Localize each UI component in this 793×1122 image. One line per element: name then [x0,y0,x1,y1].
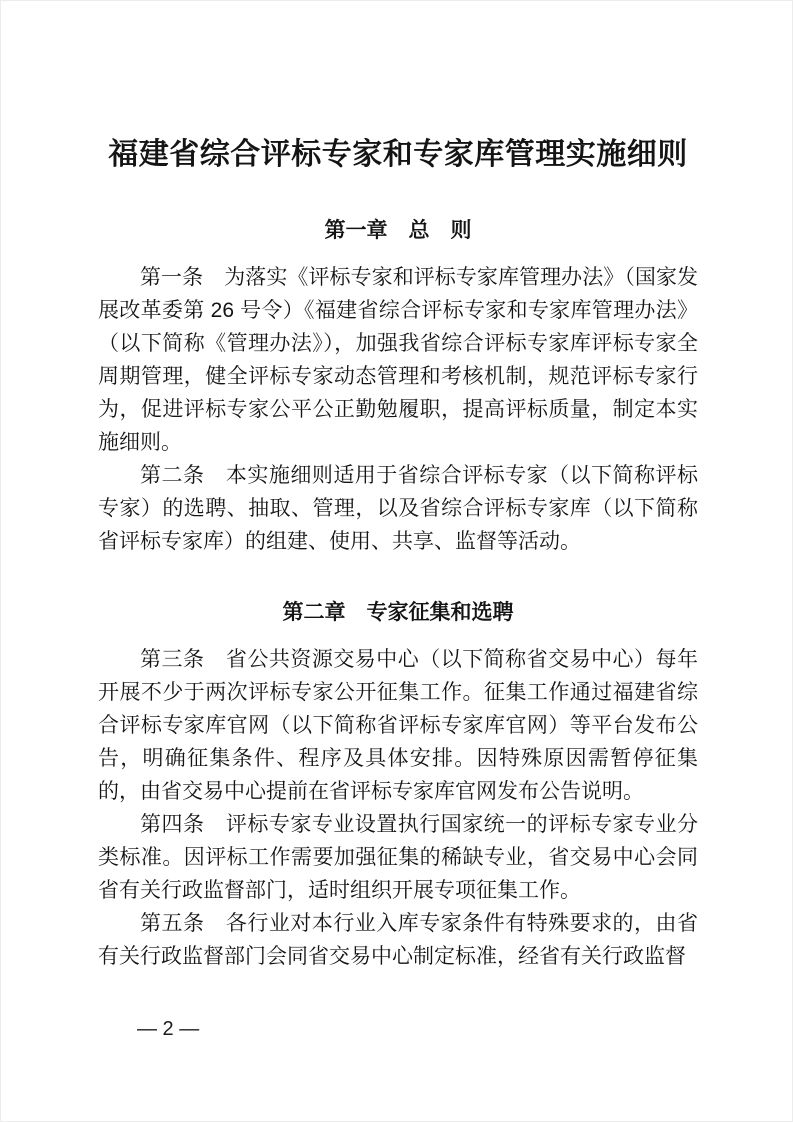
document-title: 福建省综合评标专家和专家库管理实施细则 [98,134,698,176]
article-paragraph-4: 第四条 评标专家专业设置执行国家统一的评标专家专业分类标准。因评标工作需要加强征… [98,808,698,907]
chapter-heading-2: 第二章 专家征集和选聘 [98,596,698,629]
chapter-heading-1: 第一章 总 则 [98,214,698,247]
article-paragraph-1: 第一条 为落实《评标专家和评标专家库管理办法》（国家发展改革委第 26 号令）《… [98,261,698,459]
document-page: 福建省综合评标专家和专家库管理实施细则 第一章 总 则 第一条 为落实《评标专家… [0,0,793,1122]
article-paragraph-2: 第二条 本实施细则适用于省综合评标专家（以下简称评标专家）的选聘、抽取、管理，以… [98,459,698,558]
article-paragraph-5: 第五条 各行业对本行业入库专家条件有特殊要求的，由省有关行政监督部门会同省交易中… [98,907,698,973]
page-number: — 2 — [98,1013,698,1046]
article-paragraph-3: 第三条 省公共资源交易中心（以下简称省交易中心）每年开展不少于两次评标专家公开征… [98,643,698,808]
